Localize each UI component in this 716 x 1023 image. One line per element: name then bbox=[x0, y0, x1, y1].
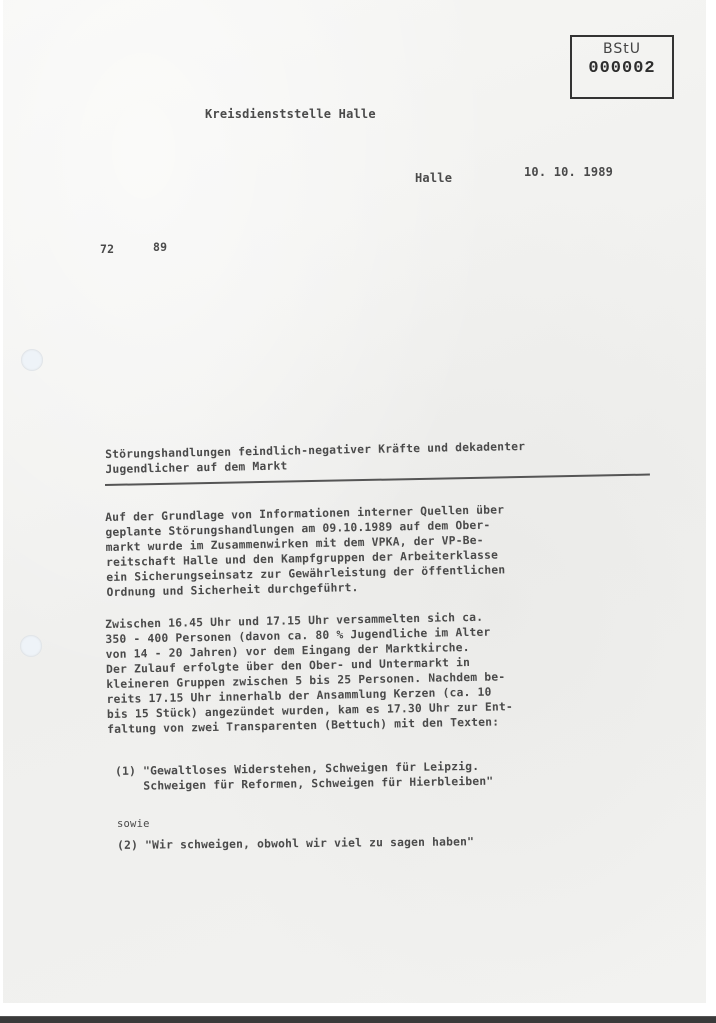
place-text: Halle bbox=[415, 171, 452, 186]
date-text: 10. 10. 1989 bbox=[524, 165, 613, 180]
viewer-bottom-bar bbox=[0, 1016, 716, 1023]
banner-text-1: (1) "Gewaltloses Widerstehen, Schweigen … bbox=[115, 759, 493, 794]
banner-1-label: (1) bbox=[115, 765, 136, 778]
banner-2-line-1: "Wir schweigen, obwohl wir viel zu sagen… bbox=[145, 835, 474, 851]
archive-stamp: BStU 000002 bbox=[570, 35, 674, 99]
paragraph-2: Zwischen 16.45 Uhr und 17.15 Uhr versamm… bbox=[105, 609, 513, 737]
stamp-number: 000002 bbox=[572, 59, 672, 78]
subject-line-2: Jugendlicher auf dem Markt bbox=[105, 460, 287, 476]
punch-hole-top bbox=[21, 349, 43, 371]
office-heading: Kreisdienststelle Halle bbox=[205, 107, 376, 122]
banner-2-label: (2) bbox=[117, 839, 138, 852]
paragraph-1: Auf der Grundlage von Informationen inte… bbox=[105, 502, 506, 600]
document-page bbox=[3, 0, 706, 1003]
reference-number-part1: 72 bbox=[100, 242, 114, 257]
connector-text: sowie bbox=[117, 817, 150, 832]
stamp-title: BStU bbox=[572, 41, 672, 57]
punch-hole-bottom bbox=[20, 635, 42, 657]
reference-number-part2: 89 bbox=[153, 240, 167, 255]
